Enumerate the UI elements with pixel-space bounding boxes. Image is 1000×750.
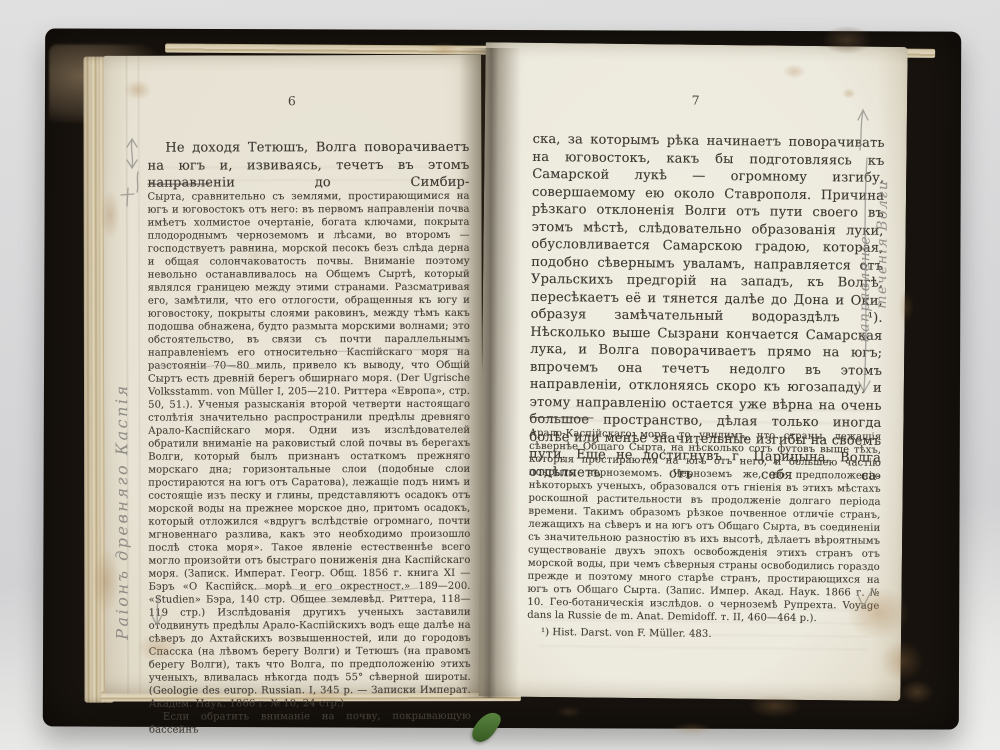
left-footnote-separator xyxy=(148,183,210,184)
right-footnote-citation: ¹) Hist. Darst. von F. Müller. 483. xyxy=(527,626,879,643)
right-footnote-paragraph: Арало-Каспійскаго моря, то увидимъ, что … xyxy=(527,427,881,626)
left-page-number: 6 xyxy=(103,93,481,109)
left-marginalia-handwriting: Раіонъ древняго Каспія xyxy=(112,383,132,639)
left-footnote-paragraph: Если обратить вниманіе на почву, покрыва… xyxy=(149,710,471,737)
right-footnote: Арало-Каспійскаго моря, то увидимъ, что … xyxy=(527,427,881,643)
photo-scene: 6 Не доходя Тетюшъ, Волга поворачиваетъ … xyxy=(0,0,1000,750)
right-page-number: 7 xyxy=(485,90,907,110)
right-marginalia-handwriting: направленіе теченія Волги xyxy=(856,179,891,343)
right-page: 7 ска, за которымъ рѣка начинаетъ повора… xyxy=(478,42,907,701)
left-footnote-paragraph: Сырта, сравнительно съ землями, простира… xyxy=(148,190,471,711)
left-footnote: Сырта, сравнительно съ землями, простира… xyxy=(148,190,471,737)
left-page: 6 Не доходя Тетюшъ, Волга поворачиваетъ … xyxy=(103,55,483,694)
book-cover: 6 Не доходя Тетюшъ, Волга поворачиваетъ … xyxy=(43,28,961,729)
